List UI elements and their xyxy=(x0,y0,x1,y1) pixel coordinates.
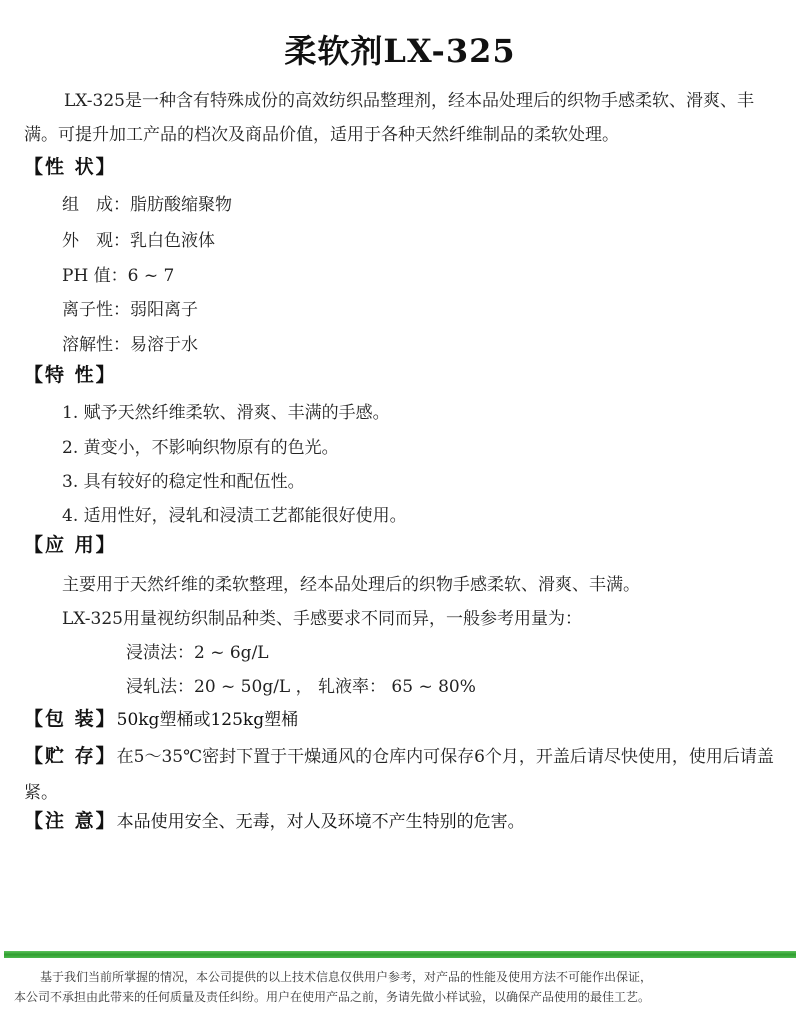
footer-disclaimer-line-2: 本公司不承担由此带来的任何质量及责任纠纷。用户在使用产品之前，务请先做小样试验，… xyxy=(14,988,786,1007)
section-heading-caution: 【注 意】 xyxy=(24,810,117,832)
property-value: 脂肪酸缩聚物 xyxy=(130,195,232,215)
property-value: 易溶于水 xyxy=(130,335,198,355)
section-packaging: 【包 装】50kg塑桶或125kg塑桶 xyxy=(24,704,298,731)
property-composition: 组 成：脂肪酸缩聚物 xyxy=(62,190,232,215)
section-heading-properties: 【性 状】 xyxy=(24,152,117,179)
property-label: 溶解性： xyxy=(62,335,130,355)
section-heading-features: 【特 性】 xyxy=(24,360,117,387)
section-heading-packaging: 【包 装】 xyxy=(24,708,117,730)
feature-item: 3. 具有较好的稳定性和配伍性。 xyxy=(62,467,305,492)
feature-item: 4. 适用性好，浸轧和浸渍工艺都能很好使用。 xyxy=(62,501,407,526)
property-value: 6 ~ 7 xyxy=(128,266,175,286)
green-divider-bar xyxy=(4,951,796,958)
dosage-dip: 浸渍法：2 ~ 6g/L xyxy=(126,638,269,663)
section-heading-storage: 【贮 存】 xyxy=(24,745,117,767)
feature-item: 2. 黄变小，不影响织物原有的色光。 xyxy=(62,433,339,458)
property-appearance: 外 观：乳白色液体 xyxy=(62,226,215,251)
application-line-1: 主要用于天然纤维的柔软整理，经本品处理后的织物手感柔软、滑爽、丰满。 xyxy=(62,570,640,595)
application-line-2: LX-325用量视纺织制品种类、手感要求不同而异，一般参考用量为： xyxy=(62,604,582,629)
caution-text: 本品使用安全、无毒，对人及环境不产生特别的危害。 xyxy=(117,812,525,832)
property-solubility: 溶解性：易溶于水 xyxy=(62,330,198,355)
property-label: PH 值： xyxy=(62,266,128,286)
document-title: 柔软剂LX-325 xyxy=(0,26,800,72)
storage-text: 在5～35℃密封下置于干燥通风的仓库内可保存6个月，开盖后请尽快使用，使用后请盖… xyxy=(24,747,774,803)
dosage-pad: 浸轧法：20 ~ 50g/L ， 轧液率： 65 ~ 80% xyxy=(126,672,476,697)
feature-item: 1. 赋予天然纤维柔软、滑爽、丰满的手感。 xyxy=(62,398,390,423)
property-label: 离子性： xyxy=(62,300,130,320)
section-storage: 【贮 存】在5～35℃密封下置于干燥通风的仓库内可保存6个月，开盖后请尽快使用，… xyxy=(24,738,779,811)
property-value: 乳白色液体 xyxy=(130,231,215,251)
packaging-text: 50kg塑桶或125kg塑桶 xyxy=(117,710,298,730)
property-label: 外 观： xyxy=(62,231,130,251)
property-ionic: 离子性：弱阳离子 xyxy=(62,295,198,320)
footer-disclaimer-line-1: 基于我们当前所掌握的情况，本公司提供的以上技术信息仅供用户参考，对产品的性能及使… xyxy=(14,968,786,987)
property-value: 弱阳离子 xyxy=(130,300,198,320)
property-label: 组 成： xyxy=(62,195,130,215)
section-caution: 【注 意】本品使用安全、无毒，对人及环境不产生特别的危害。 xyxy=(24,806,525,833)
property-ph: PH 值：6 ~ 7 xyxy=(62,261,174,286)
section-heading-application: 【应 用】 xyxy=(24,530,117,557)
intro-paragraph: LX-325是一种含有特殊成份的高效纺织品整理剂，经本品处理后的织物手感柔软、滑… xyxy=(24,84,779,152)
